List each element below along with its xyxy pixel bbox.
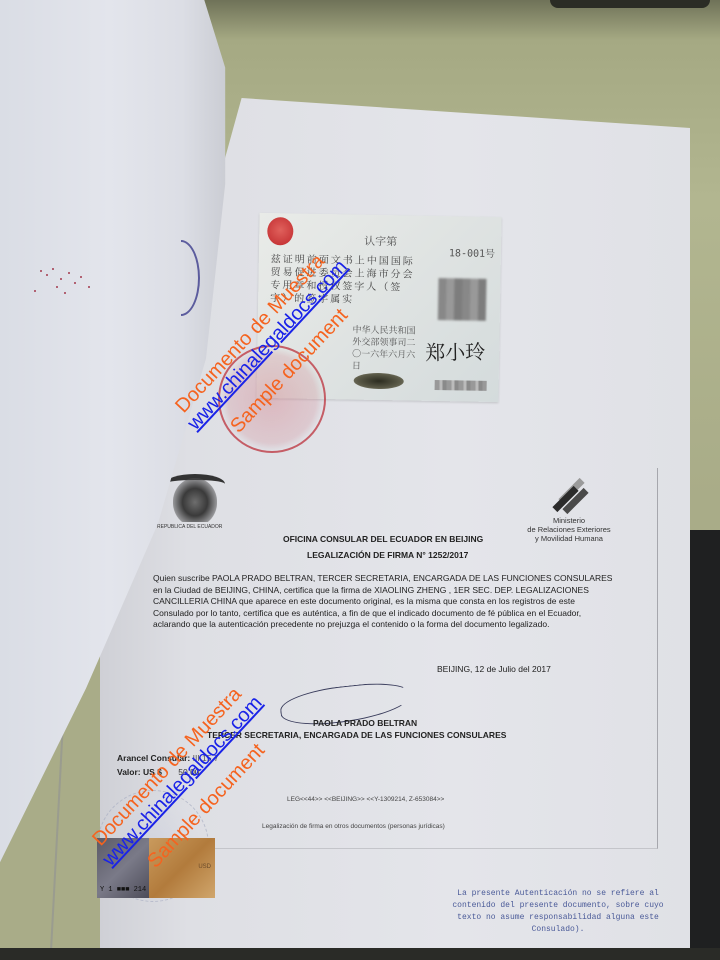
certificate-number: 18-001号	[449, 244, 495, 260]
office-title: OFICINA CONSULAR DEL ECUADOR EN BEIJING	[283, 534, 483, 544]
disclaimer-stamp: La presente Autenticación no se refiere …	[438, 888, 678, 936]
ecuador-coat-of-arms-icon	[173, 478, 217, 522]
certificate-issuer: 中华人民共和国外交部领事司二〇一六年六月六日	[352, 325, 423, 374]
signer-title: TERCER SECRETARIA, ENCARGADA DE LAS FUNC…	[207, 730, 506, 740]
certificate-title: 认字第	[364, 233, 397, 250]
stamp-currency: USD	[198, 864, 211, 870]
legalization-type: Legalización de firma en otros documento…	[262, 823, 445, 830]
signer-name: PAOLA PRADO BELTRAN	[313, 718, 417, 728]
stamp-serial: Y 1 ■■■ 214	[100, 886, 146, 894]
place-date: BEIJING, 12 de Julio del 2017	[437, 664, 551, 674]
ink-bleed-marks	[30, 260, 100, 300]
legalization-code: LEG<<44>> <<BEIJING>> <<Y-1309214, Z-653…	[287, 796, 444, 803]
legalization-body: Quien suscribe PAOLA PRADO BELTRAN, TERC…	[153, 573, 613, 631]
official-signature: 郑小玲	[425, 336, 485, 366]
dark-object-top	[550, 0, 710, 8]
legalization-title: LEGALIZACIÓN DE FIRMA N° 1252/2017	[307, 550, 468, 560]
legalization-block: REPUBLICA DEL ECUADOR Ministerio de Rela…	[115, 468, 658, 849]
hologram-icon	[354, 373, 404, 390]
redacted-barcode	[435, 380, 487, 391]
ministry-name: Ministerio de Relaciones Exteriores y Mo…	[519, 516, 619, 543]
emblem-caption: REPUBLICA DEL ECUADOR	[157, 524, 222, 530]
china-emblem-icon	[267, 217, 293, 245]
redacted-photo	[438, 278, 487, 321]
desk-edge	[0, 948, 720, 960]
ministry-logo-icon	[550, 476, 590, 516]
